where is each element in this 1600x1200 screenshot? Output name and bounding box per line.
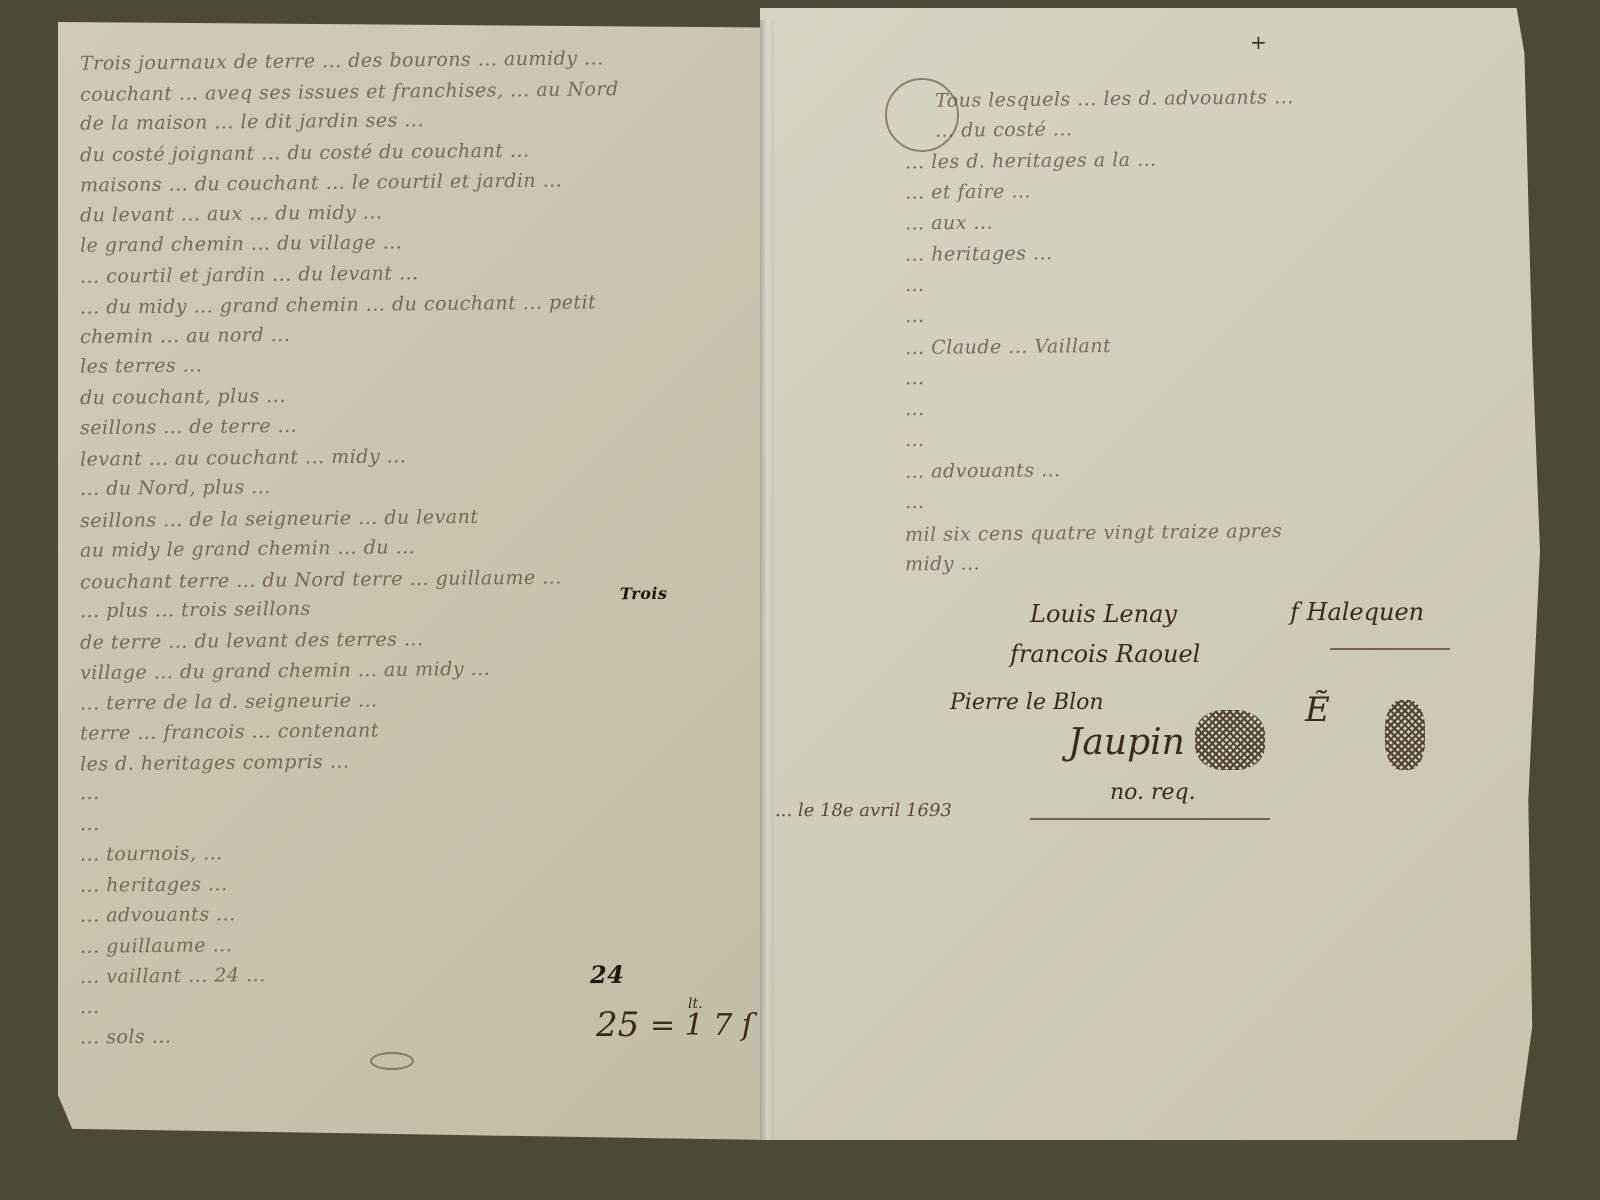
manuscript-line: ... [905, 398, 925, 420]
manuscript-line: du couchant, plus ... [80, 384, 286, 408]
page-fold [760, 20, 774, 1140]
flourish-mark [370, 1052, 414, 1070]
manuscript-line: ... [905, 491, 925, 513]
manuscript-line: les terres ... [80, 354, 203, 377]
manuscript-line: ... Claude ... Vaillant [905, 335, 1111, 359]
manuscript-line: ... [80, 782, 100, 804]
manuscript-line: village ... du grand chemin ... au midy … [80, 658, 490, 684]
signature-flourish [1385, 700, 1425, 770]
manuscript-line: levant ... au couchant ... midy ... [80, 445, 407, 470]
manuscript-line: ... [80, 995, 100, 1017]
manuscript-line: ... heritages ... [905, 242, 1053, 266]
manuscript-line: seillons ... de terre ... [80, 415, 297, 439]
manuscript-line: au midy le grand chemin ... du ... [80, 536, 415, 562]
signature-notary: no. req. [1110, 780, 1196, 805]
signature-rule [1330, 648, 1450, 650]
manuscript-line: ... les d. heritages a la ... [905, 149, 1157, 174]
manuscript-line: ... tournois, ... [80, 842, 223, 865]
manuscript-line: ... heritages ... [80, 873, 228, 897]
manuscript-line: ... [80, 812, 100, 834]
manuscript-line: ... et faire ... [905, 180, 1031, 203]
manuscript-line: ... du costé ... [935, 118, 1073, 141]
manuscript-line: mil six cens quatre vingt traize apres [905, 520, 1283, 546]
signature-raouel: francois Raouel [1010, 640, 1200, 668]
signature-mark: Ẽ [1305, 690, 1330, 730]
manuscript-line: ... [905, 305, 925, 327]
manuscript-line: de la maison ... le dit jardin ses ... [80, 109, 424, 135]
signature-underline [1030, 818, 1270, 820]
manuscript-line: ... vaillant ... 24 ... [80, 964, 266, 988]
date-note: ... le 18e avril 1693 [775, 800, 952, 821]
manuscript-line: le grand chemin ... du village ... [80, 231, 403, 256]
total-amount: 25 [596, 1005, 639, 1045]
manuscript-line: ... aux ... [905, 212, 993, 235]
manuscript-line: ... advouants ... [905, 459, 1061, 483]
manuscript-line: ... [905, 429, 925, 451]
manuscript-line: du costé joignant ... du costé du coucha… [80, 139, 530, 166]
manuscript-line: ... [905, 367, 925, 389]
manuscript-line: seillons ... de la seigneurie ... du lev… [80, 505, 479, 531]
signature-le-blon: Pierre le Blon [950, 690, 1104, 715]
inline-amount: 24 [590, 960, 625, 989]
manuscript-line: Tous lesquels ... les d. advouants ... [935, 86, 1294, 112]
manuscript-line: ... [905, 274, 925, 296]
overwritten-word: Trois [620, 584, 668, 603]
right-page [760, 8, 1540, 1140]
manuscript-line: ... terre de la d. seigneurie ... [80, 689, 378, 714]
notary-flourish [1195, 710, 1265, 770]
manuscript-line: de terre ... du levant des terres ... [80, 628, 424, 654]
manuscript-line: ... advouants ... [80, 903, 236, 927]
signature-louis-lenay: Louis Lenay [1030, 600, 1177, 628]
top-mark: + [1250, 30, 1267, 54]
manuscript-line: ... plus ... trois seillons [80, 598, 311, 622]
manuscript-line: les d. heritages compris ... [80, 750, 350, 775]
manuscript-line: couchant terre ... du Nord terre ... gui… [80, 566, 562, 593]
manuscript-line: ... du Nord, plus ... [80, 476, 271, 500]
manuscript-line: ... guillaume ... [80, 934, 233, 958]
manuscript-line: ... sols ... [80, 1026, 172, 1049]
manuscript-line: du levant ... aux ... du midy ... [80, 201, 383, 226]
signature-halequen: f Halequen [1290, 598, 1424, 626]
total-suffix: = 1 7 ſ [650, 1008, 753, 1043]
manuscript-line: midy ... [905, 553, 980, 576]
manuscript-line: chemin ... au nord ... [80, 323, 291, 347]
manuscript-line: ... courtil et jardin ... du levant ... [80, 262, 419, 288]
signature-jaupin: Jaupin [1068, 722, 1185, 763]
manuscript-line: terre ... francois ... contenant [80, 719, 379, 744]
